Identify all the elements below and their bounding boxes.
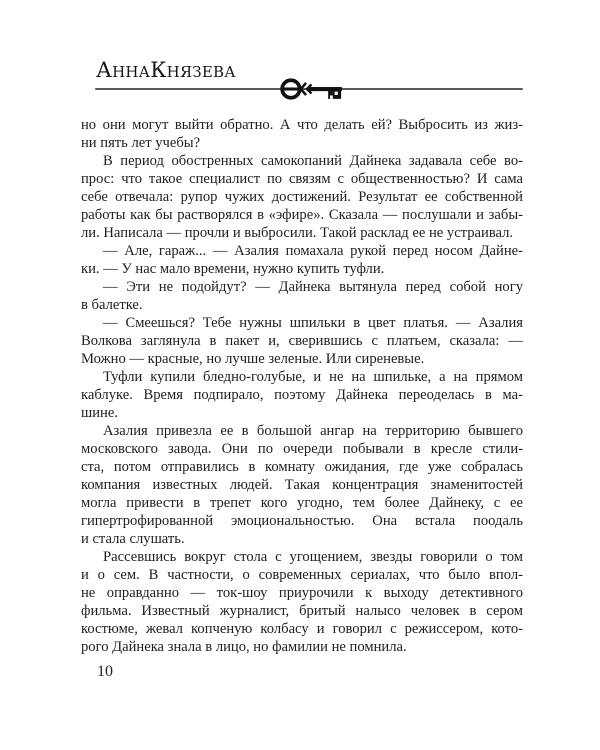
text-line: Можно — красные, но лучше зеленые. Или с… [81, 350, 523, 368]
text-line: Волкова заглянула в пакет и, сверившись … [81, 332, 523, 350]
text-line: в балетке. [81, 296, 523, 314]
text-line: костюме, жевал копченую колбасу и говори… [81, 620, 523, 638]
paragraph: Рассевшись вокруг стола с угощением, зве… [81, 548, 523, 656]
text-line: — Смеешься? Тебе нужны шпильки в цвет пл… [81, 314, 523, 332]
text-line: Рассевшись вокруг стола с угощением, зве… [81, 548, 523, 566]
text-line: и стала слушать. [81, 530, 523, 548]
text-line: могла привести в трепет кого угодно, тем… [81, 494, 523, 512]
text-line: рого Дайнека знала в лицо, но фамилии не… [81, 638, 523, 656]
paragraph: — Эти не подойдут? — Дайнека вытянула пе… [81, 278, 523, 314]
text-line: В период обостренных самокопаний Дайнека… [81, 152, 523, 170]
body-text: но они могут выйти обратно. А что делать… [81, 116, 523, 656]
paragraph: В период обостренных самокопаний Дайнека… [81, 152, 523, 242]
key-icon [278, 74, 354, 104]
page-number: 10 [97, 663, 113, 681]
text-line: каблуке. Время подпирало, поэтому Дайнек… [81, 386, 523, 404]
author-logo: АннаКнязева [96, 58, 236, 82]
text-line: себе отвечала: рупор чужих достижений. Р… [81, 188, 523, 206]
text-line: шине. [81, 404, 523, 422]
text-line: Туфли купили бледно-голубые, и не на шпи… [81, 368, 523, 386]
text-line: не оправданно — ток-шоу приурочили к вых… [81, 584, 523, 602]
text-line: работы как бы растворялся в «эфире». Ска… [81, 206, 523, 224]
text-line: ста, потом отправились в комнату ожидани… [81, 458, 523, 476]
paragraph: — Смеешься? Тебе нужны шпильки в цвет пл… [81, 314, 523, 368]
text-line: но они могут выйти обратно. А что делать… [81, 116, 523, 134]
text-line: московского завода. Они по очереди побыв… [81, 440, 523, 458]
text-line: — Эти не подойдут? — Дайнека вытянула пе… [81, 278, 523, 296]
text-line: фильма. Известный журналист, бритый налы… [81, 602, 523, 620]
book-page: АннаКнязева но они могут выйти обратно. … [0, 0, 600, 750]
text-line: ли. Написала — прочли и выбросили. Такой… [81, 224, 523, 242]
text-line: — Але, гараж... — Азалия помахала рукой … [81, 242, 523, 260]
text-line: компания известных людей. Такая концентр… [81, 476, 523, 494]
paragraph: Туфли купили бледно-голубые, и не на шпи… [81, 368, 523, 422]
text-line: и о сем. В частности, о современных сери… [81, 566, 523, 584]
text-line: Азалия привезла ее в большой ангар на те… [81, 422, 523, 440]
text-line: ни пять лет учебы? [81, 134, 523, 152]
paragraph: но они могут выйти обратно. А что делать… [81, 116, 523, 152]
text-line: гипертрофированной эмоциональностью. Она… [81, 512, 523, 530]
text-line: прос: что такое специалист по связям с о… [81, 170, 523, 188]
paragraph: — Але, гараж... — Азалия помахала рукой … [81, 242, 523, 278]
text-line: ки. — У нас мало времени, нужно купить т… [81, 260, 523, 278]
paragraph: Азалия привезла ее в большой ангар на те… [81, 422, 523, 548]
